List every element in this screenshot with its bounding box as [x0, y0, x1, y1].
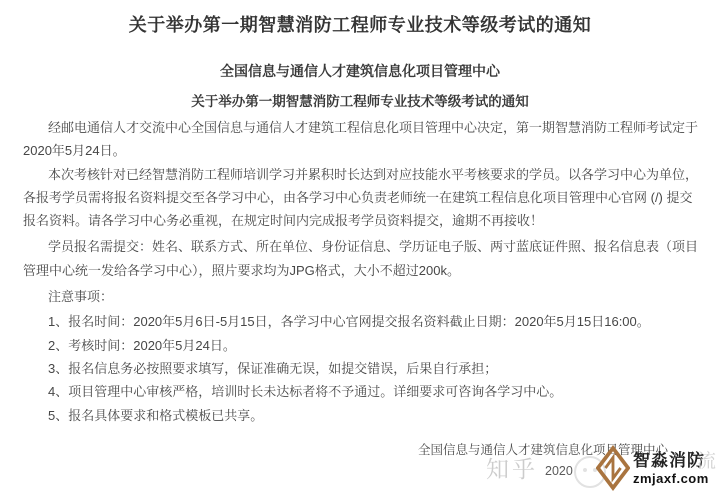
paragraph: 学员报名需提交：姓名、联系方式、所在单位、身份证信息、学历证电子版、两寸蓝底证件… — [23, 235, 703, 282]
fire-diamond-logo-icon — [596, 445, 630, 495]
notice-body: 经邮电通信人才交流中心全国信息与通信人才建筑工程信息化项目管理中心决定，第一期智… — [23, 116, 703, 427]
page-title: 关于举办第一期智慧消防工程师专业技术等级考试的通知 — [0, 0, 720, 37]
org-header: 全国信息与通信人才建筑信息化项目管理中心 — [0, 61, 720, 81]
diamond-zigzag — [605, 458, 620, 479]
signature-date: 2020 — [545, 464, 573, 478]
ghost-watermark-char: 流 — [697, 446, 716, 473]
note-item: 1、报名时间：2020年5月6日-5月15日，各学习中心官网提交报名资料截止日期… — [23, 310, 703, 333]
note-item: 5、报名具体要求和格式模板已共享。 — [23, 404, 703, 427]
note-item: 3、报名信息务必按照要求填写，保证准确无误，如提交错误，后果自行承担； — [23, 357, 703, 380]
doc-subtitle: 关于举办第一期智慧消防工程师专业技术等级考试的通知 — [0, 90, 720, 110]
notice-heading: 注意事项： — [23, 285, 703, 308]
paragraph: 经邮电通信人才交流中心全国信息与通信人才建筑工程信息化项目管理中心决定，第一期智… — [23, 116, 703, 163]
note-item: 2、考核时间：2020年5月24日。 — [23, 334, 703, 357]
site-stamp: 智淼消防 zmjaxf.com — [596, 445, 709, 495]
paragraph: 本次考核针对已经智慧消防工程师培训学习并累积时长达到对应技能水平考核要求的学员。… — [23, 163, 703, 233]
note-item: 4、项目管理中心审核严格，培训时长未达标者将不予通过。详细要求可咨询各学习中心。 — [23, 380, 703, 403]
notes-list: 1、报名时间：2020年5月6日-5月15日，各学习中心官网提交报名资料截止日期… — [23, 310, 703, 426]
zhihu-watermark: 知乎 — [486, 451, 538, 484]
stamp-website: zmjaxf.com — [633, 471, 709, 486]
notice-document: 关于举办第一期智慧消防工程师专业技术等级考试的通知 全国信息与通信人才建筑信息化… — [0, 0, 720, 495]
